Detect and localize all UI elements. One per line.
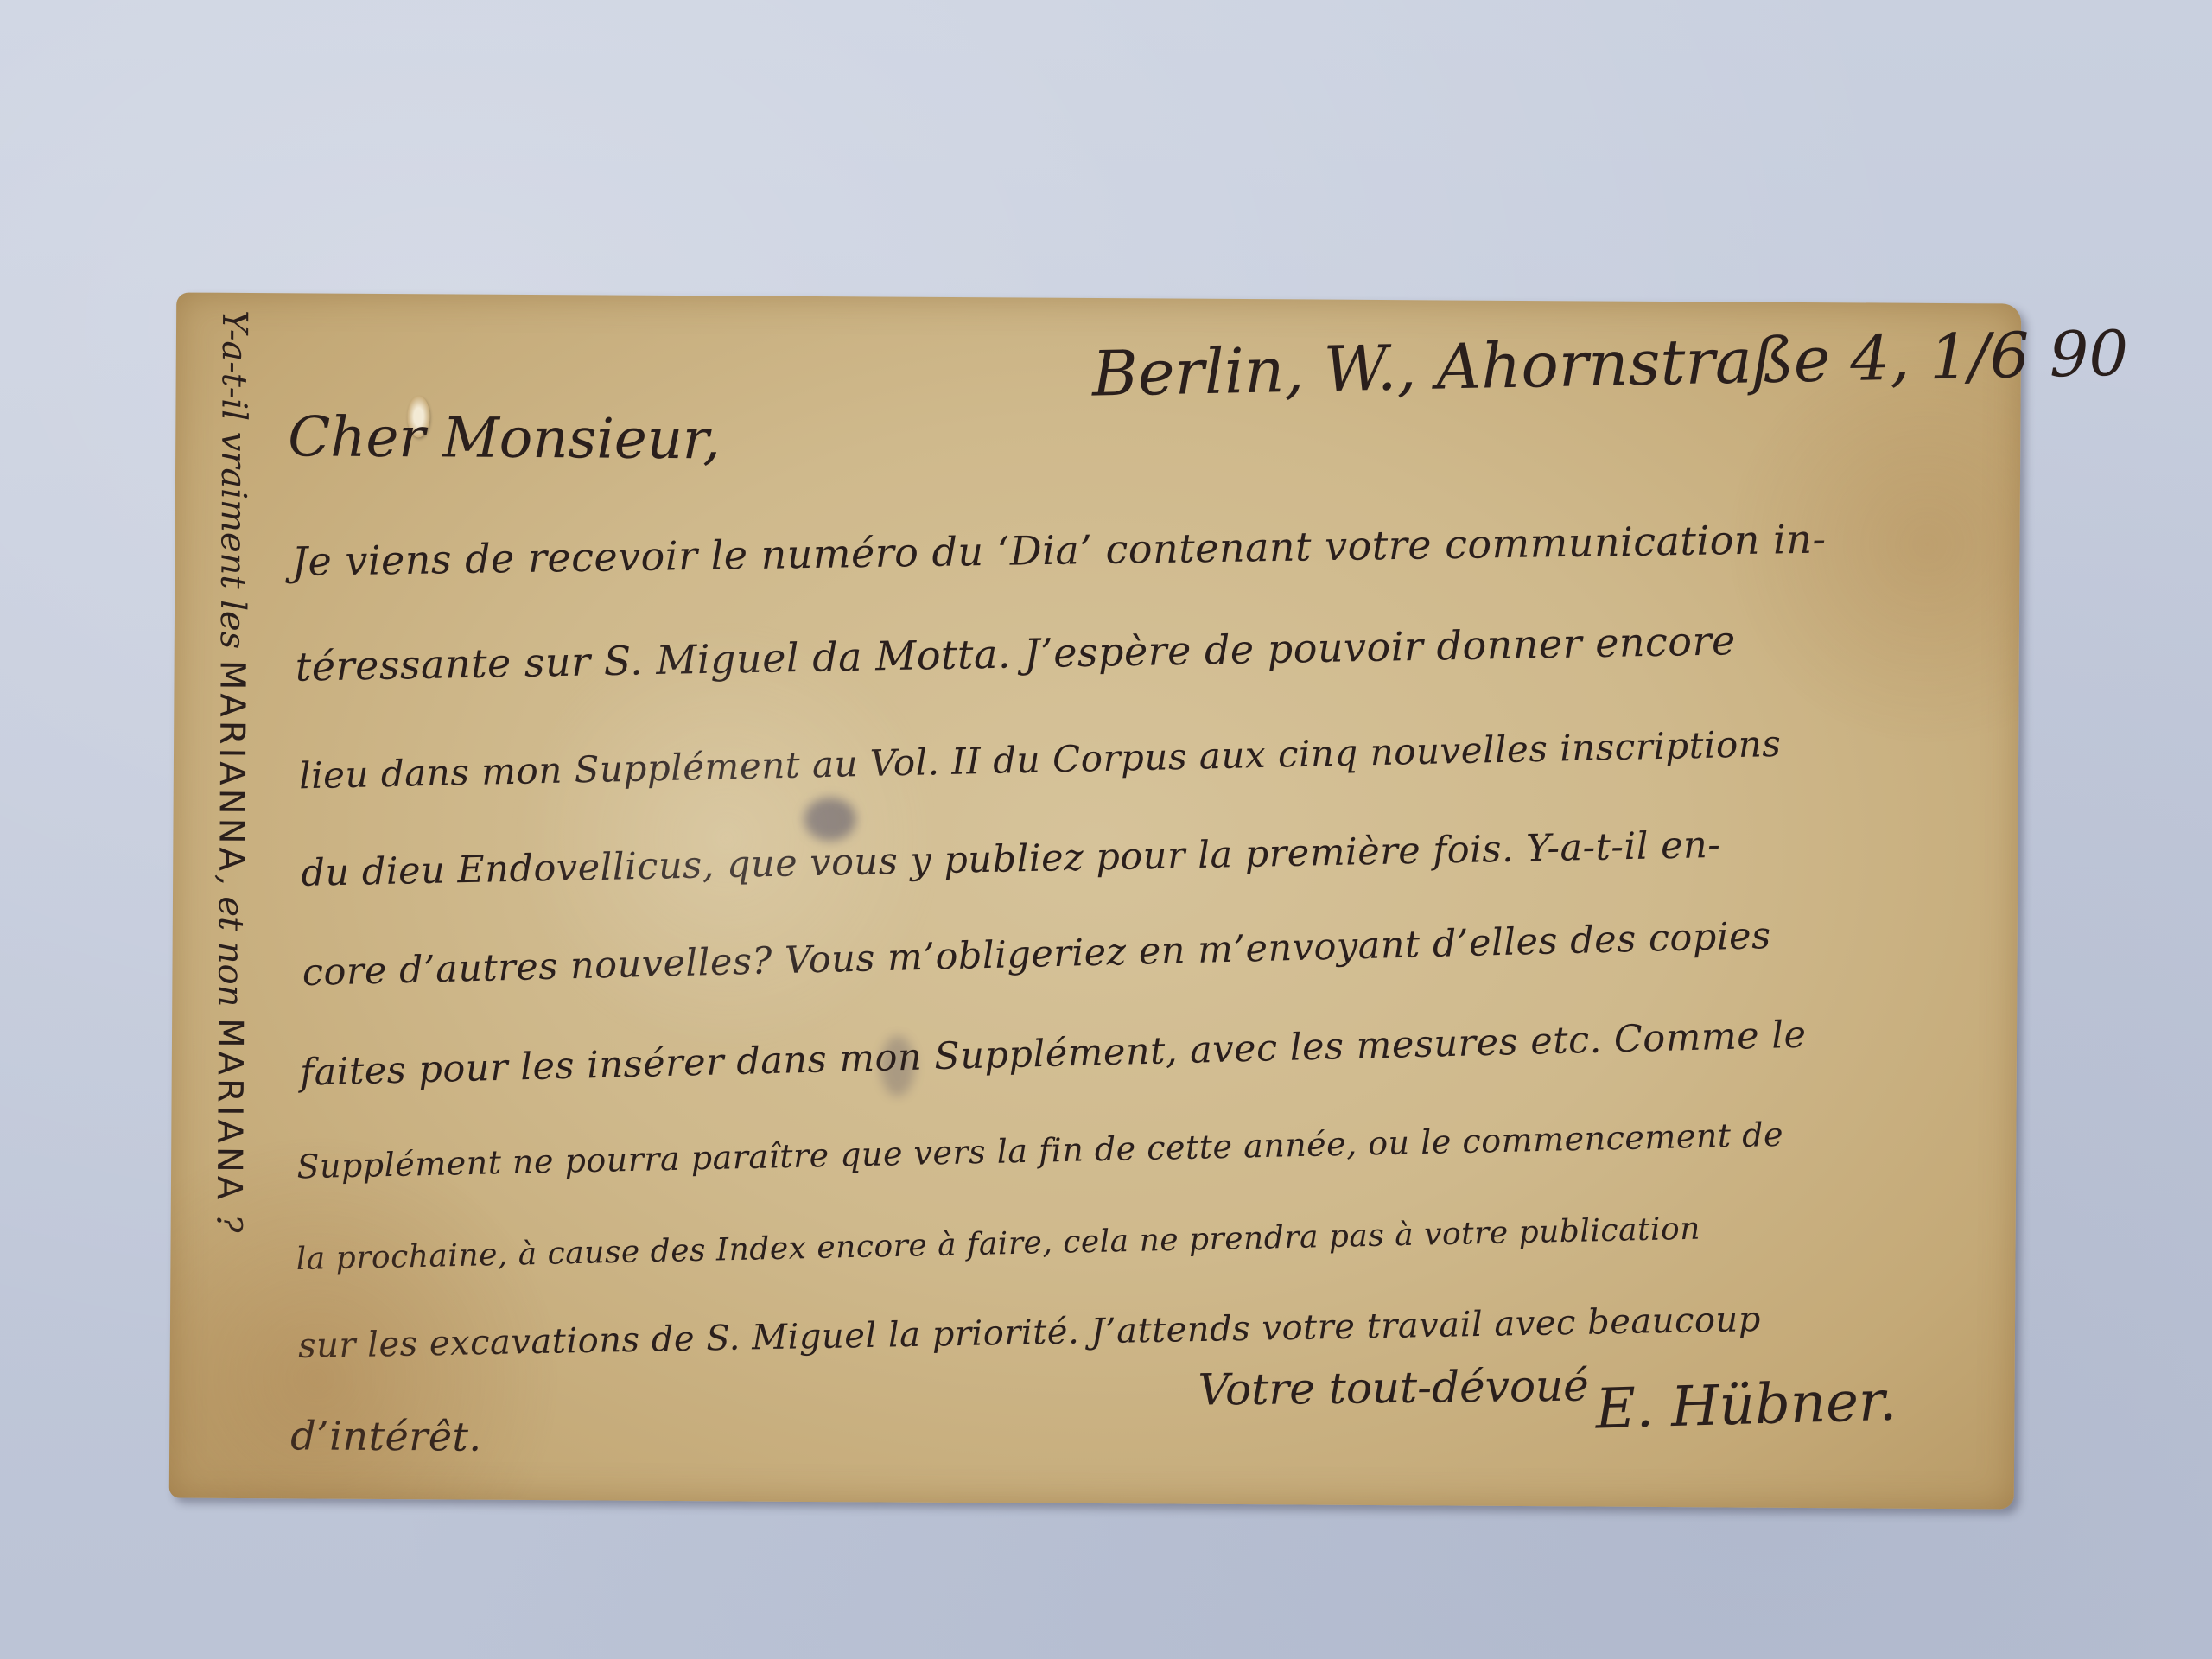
body-line: lieu dans mon Supplément au Vol. II du C… — [299, 722, 1782, 797]
body-line: téressante sur S. Miguel da Motta. J’esp… — [295, 617, 1736, 690]
salutation: Cher Monsieur, — [288, 405, 721, 472]
body-line: faites pour les insérer dans mon Supplém… — [300, 1014, 1808, 1095]
body-line: du dieu Endovellicus, que vous y publiez… — [301, 823, 1721, 895]
ink-smudge — [804, 798, 855, 841]
postcard: Y-a-t-il vraiment les MARIANNA, et non M… — [169, 292, 2021, 1509]
margin-note-word2: MARIANA — [209, 1018, 250, 1203]
body-line: la prochaine, à cause des Index encore à… — [296, 1211, 1700, 1277]
margin-note-word1: MARIANNA — [211, 660, 252, 874]
margin-note-prefix: Y-a-t-il vraiment les — [213, 310, 254, 650]
body-line: d’intérêt. — [290, 1412, 482, 1459]
body-line: sur les excavations de S. Miguel la prio… — [298, 1300, 1762, 1366]
closing: Votre tout-dévoué — [1198, 1361, 1589, 1415]
place-date-heading: Berlin, W., Ahornstraße 4, 1/6 90 — [1091, 317, 2129, 410]
body-line: Supplément ne pourra paraître que vers l… — [296, 1116, 1783, 1186]
signature: E. Hübner. — [1594, 1370, 1897, 1442]
margin-note: Y-a-t-il vraiment les MARIANNA, et non M… — [209, 310, 255, 1233]
body-line: core d’autres nouvelles? Vous m’obligeri… — [302, 914, 1771, 995]
body-line: Je viens de recevoir le numéro du ‘Dia’ … — [291, 516, 1827, 585]
margin-note-middle: , et non — [210, 874, 251, 1007]
margin-note-suffix: ? — [209, 1203, 249, 1232]
